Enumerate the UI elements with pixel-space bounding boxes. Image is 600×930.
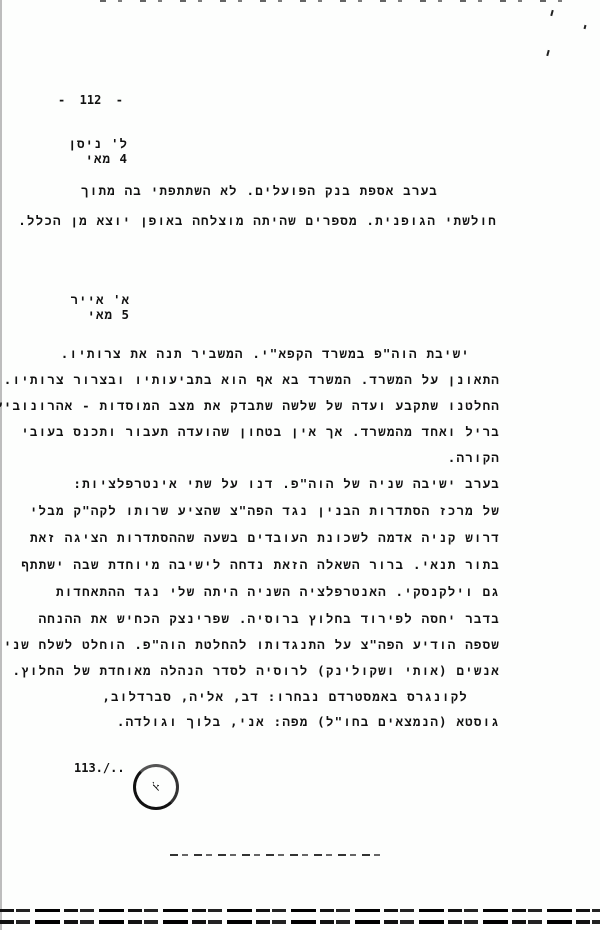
- text-line: לקונגרס באמסטרדם נבחרו: דב, אליה, סברדלו…: [102, 689, 468, 705]
- text-line: ישיבת הוה"פ במשרד הקפא"י. המשביר תנה את …: [61, 346, 470, 362]
- text-line: בערב ישיבה שניה של הוה"פ. דנו על שתי אינ…: [73, 476, 500, 492]
- text-line: בערב אספת בנק הפועלים. לא השתתפתי בה מתו…: [81, 183, 438, 199]
- archive-stamp-icon: ﭏ: [133, 764, 179, 810]
- text-line: דרוש קניה אדמה לשכונת העובדים בשעה שההסת…: [30, 530, 500, 546]
- text-line: בריל ואחד מהמשרד. אך אין בטחון שהועדה תע…: [21, 424, 500, 440]
- civil-date: 4 מאי: [68, 151, 128, 166]
- continuation-reference: 113./..: [74, 761, 125, 775]
- civil-date: 5 מאי: [70, 307, 130, 322]
- scan-speck: [546, 50, 549, 56]
- text-line: גם וילקנסקי. האנטרפלציה השניה היתה שלי נ…: [56, 584, 500, 600]
- text-line: החלטנו שתקבע ועדה של שלשה שתבדק את מצב ה…: [0, 398, 500, 414]
- scan-top-noise: [100, 0, 580, 2]
- scan-bottom-edge: [0, 909, 600, 912]
- text-line: בתור תנאי. ברור השאלה הזאת נדחה לישיבה מ…: [21, 557, 500, 573]
- text-line: בדבר יחסה לפירוד בחלוץ ברוסיה. שפרינצק ה…: [39, 611, 500, 627]
- scan-speck: [584, 25, 587, 29]
- scan-bottom-dashes: [170, 854, 380, 856]
- text-line: חולשתי הגופנית. מספרים שהיתה מוצלחה באופ…: [18, 213, 497, 229]
- page-number: - 112 -: [58, 93, 123, 107]
- stamp-mark: ﭏ: [153, 781, 160, 794]
- scan-speck: [550, 10, 553, 16]
- entry-date-1: ל' ניסן 4 מאי: [68, 136, 128, 166]
- text-line: אנשים (אותי ושקולינק) לרוסיה לסדר הנהלה …: [12, 663, 500, 679]
- text-line: התאונן על המשרד. המשרד בא אף הוא בתביעות…: [4, 372, 500, 388]
- text-line: שספה הודיע הפה"צ על התנגדותו להחלטת הוה"…: [4, 637, 500, 653]
- hebrew-date: ל' ניסן: [68, 136, 128, 151]
- entry-date-2: א' אייר 5 מאי: [70, 292, 130, 322]
- scan-bottom-edge: [0, 920, 600, 924]
- text-line: גוסטא (הנמצאים בחו"ל) מפה: אני, בלוך וגו…: [117, 714, 500, 730]
- scan-left-edge: [0, 0, 2, 930]
- hebrew-date: א' אייר: [70, 292, 130, 307]
- text-line: של מרכז הסתדרות הבנין נגד הפה"צ שהציע שר…: [30, 503, 500, 519]
- text-line: הקורה.: [448, 450, 500, 466]
